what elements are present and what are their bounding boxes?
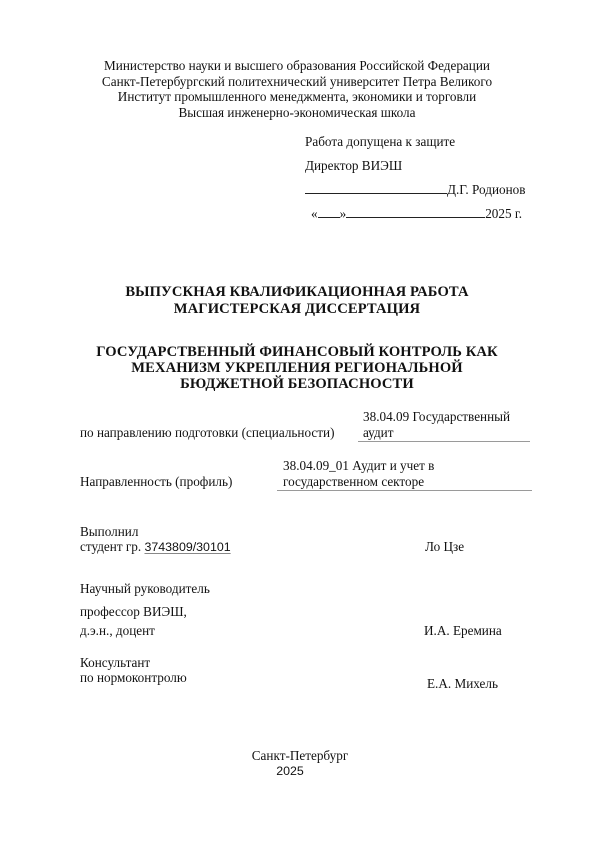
institute-line: Институт промышленного менеджмента, экон… bbox=[0, 89, 594, 105]
supervisor-label-line1: Научный руководитель bbox=[80, 581, 210, 597]
day-blank bbox=[318, 217, 340, 218]
institution-header: Министерство науки и высшего образования… bbox=[0, 58, 594, 120]
director-name: Д.Г. Родионов bbox=[447, 182, 525, 197]
thesis-title-line2: МЕХАНИЗМ УКРЕПЛЕНИЯ РЕГИОНАЛЬНОЙ bbox=[0, 360, 594, 377]
direction-value-line1: 38.04.09 Государственный bbox=[363, 409, 510, 425]
approval-position: Директор ВИЭШ bbox=[305, 158, 402, 174]
footer-city: Санкт-Петербург bbox=[0, 748, 594, 764]
author-label-line1: Выполнил bbox=[80, 524, 138, 540]
thesis-title-line3: БЮДЖЕТНОЙ БЕЗОПАСНОСТИ bbox=[0, 376, 594, 393]
work-type-line2: МАГИСТЕРСКАЯ ДИССЕРТАЦИЯ bbox=[0, 301, 594, 318]
author-label-line2: студент гр. 3743809/30101 bbox=[80, 539, 231, 555]
approval-admitted: Работа допущена к защите bbox=[305, 134, 455, 150]
ministry-line: Министерство науки и высшего образования… bbox=[0, 58, 594, 74]
work-type-line1: ВЫПУСКНАЯ КВАЛИФИКАЦИОННАЯ РАБОТА bbox=[0, 284, 594, 301]
consultant-label-line1: Консультант bbox=[80, 655, 150, 671]
supervisor-label-line2: профессор ВИЭШ, bbox=[80, 604, 187, 620]
month-blank bbox=[346, 217, 485, 218]
date-open-quote: « bbox=[311, 206, 318, 221]
author-name: Ло Цзе bbox=[425, 539, 464, 555]
thesis-title-line1: ГОСУДАРСТВЕННЫЙ ФИНАНСОВЫЙ КОНТРОЛЬ КАК bbox=[0, 344, 594, 361]
approval-year: 2025 г. bbox=[485, 206, 522, 221]
date-close-quote: » bbox=[340, 206, 347, 221]
approval-signature-line: Д.Г. Родионов bbox=[305, 182, 525, 198]
author-group-number: 3743809/30101 bbox=[144, 540, 230, 554]
university-line: Санкт-Петербургский политехнический унив… bbox=[0, 74, 594, 90]
supervisor-name: И.А. Еремина bbox=[424, 623, 502, 639]
signature-blank bbox=[305, 193, 447, 194]
direction-value-line2: аудит bbox=[358, 425, 530, 442]
approval-date-line: «»2025 г. bbox=[311, 206, 522, 222]
profile-value-line1: 38.04.09_01 Аудит и учет в bbox=[283, 458, 434, 474]
author-group-prefix: студент гр. bbox=[80, 539, 144, 554]
consultant-label-line2: по нормоконтролю bbox=[80, 670, 187, 686]
profile-value-line2: государственном секторе bbox=[277, 474, 532, 491]
consultant-name: Е.А. Михель bbox=[427, 676, 498, 692]
direction-label: по направлению подготовки (специальности… bbox=[80, 425, 334, 441]
supervisor-label-line3: д.э.н., доцент bbox=[80, 623, 155, 639]
footer-year: 2025 bbox=[0, 764, 580, 779]
profile-label: Направленность (профиль) bbox=[80, 474, 232, 490]
school-line: Высшая инженерно-экономическая школа bbox=[0, 105, 594, 121]
